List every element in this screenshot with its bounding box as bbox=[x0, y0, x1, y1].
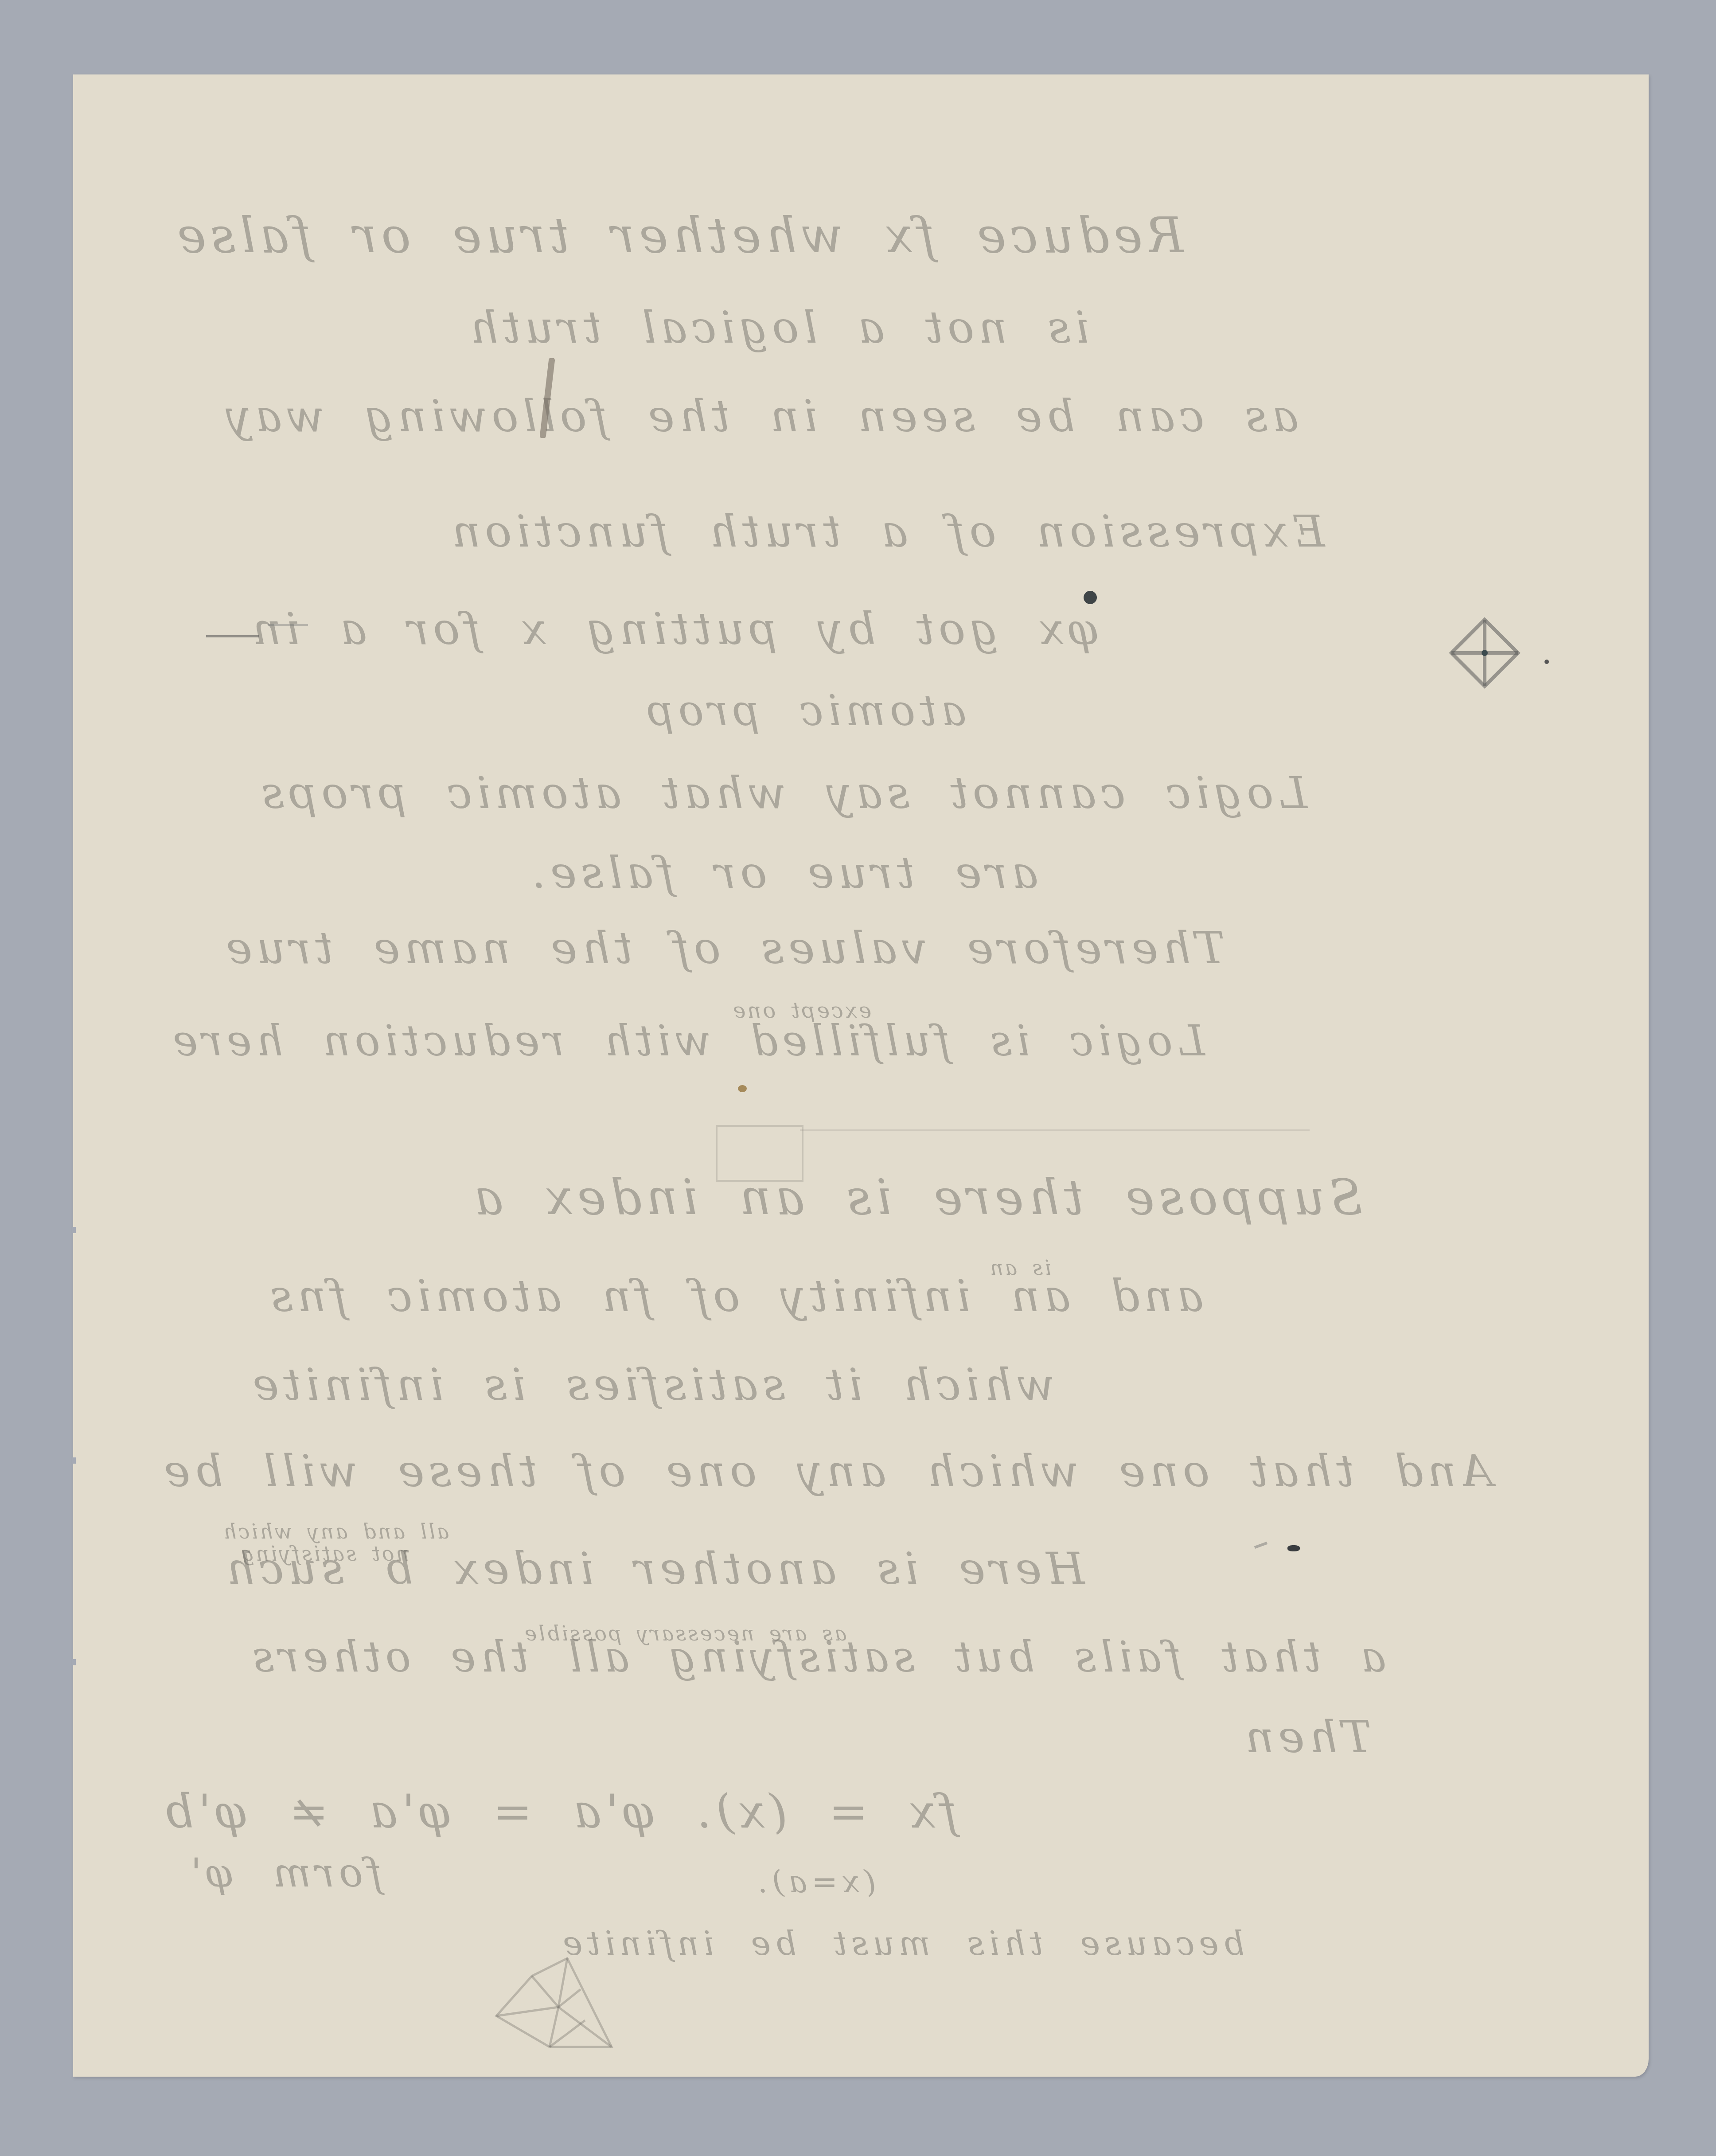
dash-mark bbox=[206, 635, 259, 637]
ink-dot-mark bbox=[1287, 1545, 1300, 1551]
triangle-lattice-sketch bbox=[479, 1949, 620, 2056]
handwritten-line: (x=a). bbox=[753, 1863, 876, 1900]
pencil-stroke-mark bbox=[534, 358, 561, 438]
handwritten-line: all and any which bbox=[222, 1519, 449, 1543]
handwritten-line: which it satisfies is infinite bbox=[248, 1359, 1055, 1410]
paper-edge-notch bbox=[72, 1457, 76, 1464]
handwritten-line: because this must be infinite bbox=[558, 1924, 1244, 1963]
stain-dot-mark bbox=[738, 1085, 747, 1092]
manuscript-page: Reduce fx whether true or falseis not a … bbox=[73, 74, 1649, 2077]
handwritten-line: form φ' bbox=[186, 1850, 382, 1896]
handwritten-line: atomic prop bbox=[643, 687, 966, 735]
handwritten-line: Logic cannot say what atomic props bbox=[257, 767, 1307, 819]
handwritten-line: fx = (x). φ'a = φ'a ≠ φ'b bbox=[160, 1785, 957, 1839]
handwritten-line: and an infinity of fn atomic fns bbox=[266, 1270, 1203, 1322]
rule-line bbox=[800, 1129, 1310, 1131]
paper-edge-notch bbox=[72, 1659, 76, 1665]
handwritten-line: And that one which any one of these will… bbox=[160, 1445, 1493, 1497]
handwritten-line: a that fails but satisfying all the othe… bbox=[248, 1633, 1386, 1682]
small-rectangle-mark bbox=[716, 1125, 803, 1182]
handwritten-line: Logic is fulfilled with reduction here bbox=[168, 1017, 1205, 1066]
handwritten-line: are true or false. bbox=[527, 847, 1038, 898]
handwritten-line: φx got by putting x for a in bbox=[248, 603, 1099, 655]
ink-dot-mark bbox=[1544, 660, 1549, 664]
handwritten-line: is not a logical truth bbox=[465, 301, 1089, 353]
handwritten-line: Here is another index b such bbox=[222, 1543, 1085, 1594]
handwritten-line: Then bbox=[1241, 1711, 1372, 1763]
handwritten-line: Expression of a truth function bbox=[448, 505, 1325, 557]
handwritten-line: as can be seen in the following way bbox=[222, 390, 1299, 442]
handwritten-line: Therefore values of the name true bbox=[222, 922, 1225, 974]
ink-dot-mark bbox=[1084, 591, 1097, 604]
handwritten-line: Suppose there is an index a bbox=[470, 1169, 1363, 1226]
cross-diamond-mark bbox=[1443, 615, 1527, 691]
dash-mark bbox=[268, 624, 308, 626]
handwritten-line: Reduce fx whether true or false bbox=[173, 207, 1184, 264]
dash-mark bbox=[1254, 1542, 1267, 1549]
paper-edge-notch bbox=[72, 1227, 76, 1233]
